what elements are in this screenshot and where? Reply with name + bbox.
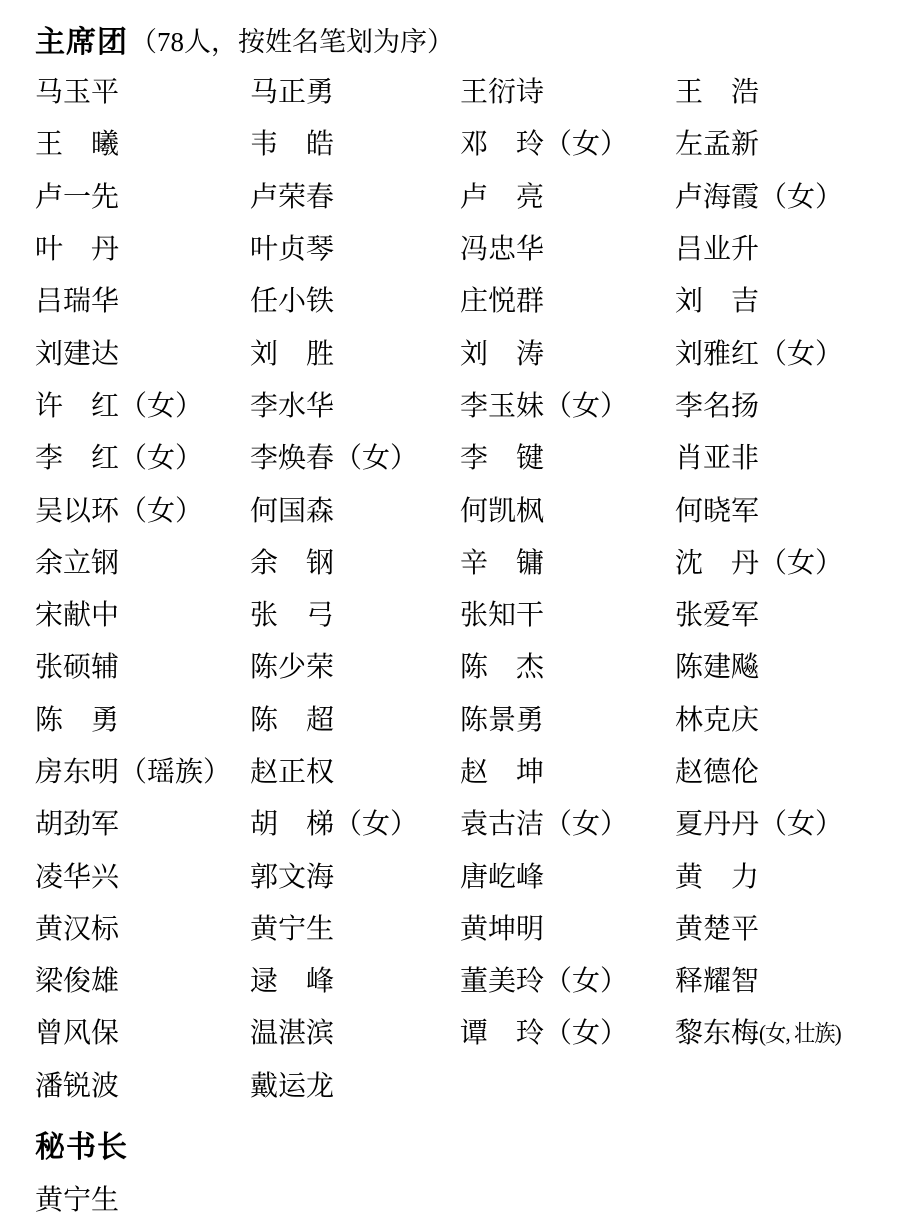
member-name: 辛 镛 — [460, 535, 675, 587]
member-name: 张爱军 — [675, 587, 872, 639]
member-name: 卢荣春 — [250, 169, 460, 221]
member-name — [675, 1058, 872, 1110]
member-name: 郭文海 — [250, 848, 460, 900]
member-name: 吕业升 — [675, 221, 872, 273]
member-name: 叶 丹 — [35, 221, 250, 273]
member-name: 谭 玲（女） — [460, 1005, 675, 1057]
member-name: 任小铁 — [250, 273, 460, 325]
member-name: 唐屹峰 — [460, 848, 675, 900]
member-name: 叶贞琴 — [250, 221, 460, 273]
member-name: 温湛滨 — [250, 1005, 460, 1057]
member-name: 黄坤明 — [460, 901, 675, 953]
member-name — [460, 1058, 675, 1110]
member-name: 刘雅红（女） — [675, 325, 872, 377]
member-name: 左孟新 — [675, 116, 872, 168]
member-name-note: (女, 壮族) — [759, 1015, 841, 1048]
member-name: 吴以环（女） — [35, 482, 250, 534]
document-page: 主席团 （78人，按姓名笔划为序） 马玉平马正勇王衍诗王 浩王 曦韦 皓邓 玲（… — [0, 0, 900, 1218]
member-name: 庄悦群 — [460, 273, 675, 325]
member-name: 李水华 — [250, 378, 460, 430]
member-name: 陈 杰 — [460, 639, 675, 691]
member-name: 陈景勇 — [460, 692, 675, 744]
member-name: 胡 梯（女） — [250, 796, 460, 848]
member-name: 张硕辅 — [35, 639, 250, 691]
member-name: 李焕春（女） — [250, 430, 460, 482]
member-name: 黄楚平 — [675, 901, 872, 953]
secretary-general-heading: 秘书长 — [35, 1122, 872, 1166]
member-name: 沈 丹（女） — [675, 535, 872, 587]
member-name: 卢一先 — [35, 169, 250, 221]
member-name: 邓 玲（女） — [460, 116, 675, 168]
member-name: 张知干 — [460, 587, 675, 639]
member-name: 黄 力 — [675, 848, 872, 900]
member-name: 许 红（女） — [35, 378, 250, 430]
member-name: 李名扬 — [675, 378, 872, 430]
member-name: 王衍诗 — [460, 64, 675, 116]
member-name: 李 键 — [460, 430, 675, 482]
member-name: 释耀智 — [675, 953, 872, 1005]
member-name: 董美玲（女） — [460, 953, 675, 1005]
member-name: 吕瑞华 — [35, 273, 250, 325]
member-name: 刘 涛 — [460, 325, 675, 377]
member-name: 曾风保 — [35, 1005, 250, 1057]
member-name: 赵正权 — [250, 744, 460, 796]
member-name: 陈少荣 — [250, 639, 460, 691]
member-name: 卢 亮 — [460, 169, 675, 221]
member-name: 胡劲军 — [35, 796, 250, 848]
member-name: 潘锐波 — [35, 1058, 250, 1110]
member-name: 陈建飚 — [675, 639, 872, 691]
member-name: 冯忠华 — [460, 221, 675, 273]
member-name: 马正勇 — [250, 64, 460, 116]
member-name: 陈 超 — [250, 692, 460, 744]
member-name: 张 弓 — [250, 587, 460, 639]
member-name: 房东明（瑶族） — [35, 744, 250, 796]
member-name: 赵德伦 — [675, 744, 872, 796]
member-name: 王 浩 — [675, 64, 872, 116]
member-name: 何晓军 — [675, 482, 872, 534]
member-name: 李玉妹（女） — [460, 378, 675, 430]
member-name: 逯 峰 — [250, 953, 460, 1005]
member-name: 王 曦 — [35, 116, 250, 168]
presidium-name-grid: 马玉平马正勇王衍诗王 浩王 曦韦 皓邓 玲（女）左孟新卢一先卢荣春卢 亮卢海霞（… — [35, 64, 872, 1110]
presidium-title: 主席团 — [35, 17, 128, 61]
member-name: 夏丹丹（女） — [675, 796, 872, 848]
secretary-general-name: 黄宁生 — [35, 1178, 872, 1218]
member-name: 余立钢 — [35, 535, 250, 587]
member-name: 凌华兴 — [35, 848, 250, 900]
member-name: 刘 胜 — [250, 325, 460, 377]
member-name: 陈 勇 — [35, 692, 250, 744]
member-name: 宋献中 — [35, 587, 250, 639]
member-name: 刘建达 — [35, 325, 250, 377]
member-name: 梁俊雄 — [35, 953, 250, 1005]
member-name: 肖亚非 — [675, 430, 872, 482]
member-name: 黎东梅(女, 壮族) — [675, 1005, 872, 1057]
member-name: 卢海霞（女） — [675, 169, 872, 221]
member-name: 林克庆 — [675, 692, 872, 744]
member-name: 余 钢 — [250, 535, 460, 587]
member-name: 戴运龙 — [250, 1058, 460, 1110]
presidium-header: 主席团 （78人，按姓名笔划为序） — [35, 14, 872, 64]
member-name: 韦 皓 — [250, 116, 460, 168]
member-name: 李 红（女） — [35, 430, 250, 482]
member-name: 黄汉标 — [35, 901, 250, 953]
member-name: 何凯枫 — [460, 482, 675, 534]
member-name: 何国森 — [250, 482, 460, 534]
member-name: 赵 坤 — [460, 744, 675, 796]
presidium-title-note: （78人，按姓名笔划为序） — [130, 20, 454, 59]
member-name: 马玉平 — [35, 64, 250, 116]
member-name: 袁古洁（女） — [460, 796, 675, 848]
member-name: 刘 吉 — [675, 273, 872, 325]
member-name: 黄宁生 — [250, 901, 460, 953]
